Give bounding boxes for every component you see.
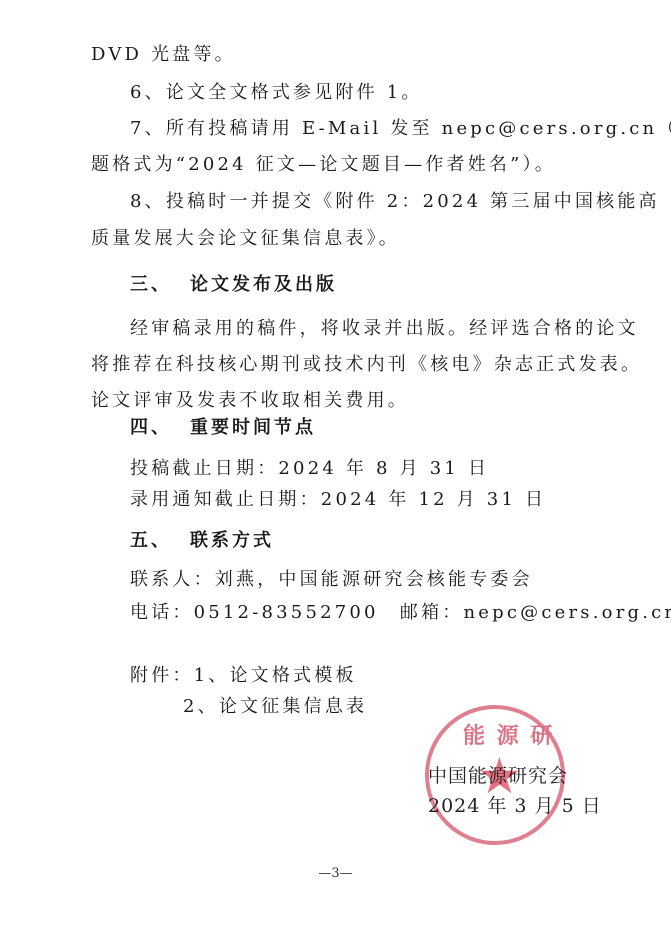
signature-date: 2024 年 3 月 5 日: [428, 793, 602, 819]
section-heading-4: 四、重要时间节点: [130, 415, 316, 441]
text-line: 论文评审及发表不收取相关费用。: [91, 388, 409, 414]
deadline-notification: 录用通知截止日期：2024 年 12 月 31 日: [130, 487, 546, 513]
attachment-2: 2、论文征集信息表: [183, 694, 367, 720]
section-number: 四、: [130, 417, 172, 438]
text-line: 质量发展大会论文征集信息表》。: [91, 226, 400, 252]
text-line: 6、论文全文格式参见附件 1。: [130, 80, 423, 106]
section-heading-3: 三、论文发布及出版: [130, 272, 337, 298]
text-line: 将推荐在科技核心期刊或技术内刊《核电》杂志正式发表。: [91, 352, 642, 378]
contact-phone-email: 电话：0512-83552700 邮箱：nepc@cers.org.cn: [130, 600, 671, 626]
section-title: 重要时间节点: [190, 417, 316, 438]
page-number: —3—: [0, 866, 671, 881]
text-line: 经审稿录用的稿件，将收录并出版。经评选合格的论文: [130, 316, 639, 342]
section-title: 联系方式: [190, 530, 274, 551]
seal-text-top: 能 源 研: [463, 719, 554, 750]
section-number: 五、: [130, 530, 172, 551]
section-heading-5: 五、联系方式: [130, 528, 274, 554]
signature-org: 中国能源研究会: [428, 763, 568, 789]
section-title: 论文发布及出版: [190, 274, 337, 295]
deadline-submission: 投稿截止日期：2024 年 8 月 31 日: [130, 456, 489, 482]
section-number: 三、: [130, 274, 172, 295]
attachment-1: 附件：1、论文格式模板: [130, 663, 357, 689]
text-line: 8、投稿时一并提交《附件 2：2024 第三届中国核能高: [130, 189, 660, 215]
text-line: 7、所有投稿请用 E-Mail 发至 nepc@cers.org.cn（邮件主: [130, 116, 671, 142]
text-line: DVD 光盘等。: [91, 42, 236, 68]
text-line: 题格式为“2024 征文—论文题目—作者姓名”）。: [91, 152, 556, 178]
contact-person: 联系人：刘燕，中国能源研究会核能专委会: [130, 567, 533, 593]
